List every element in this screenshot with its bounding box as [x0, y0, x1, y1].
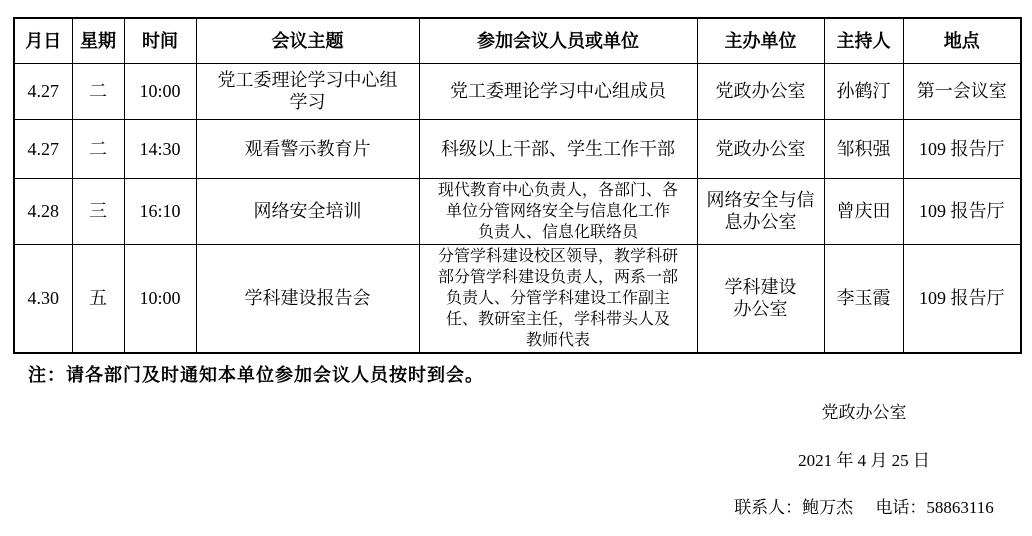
cell-date: 4.27	[14, 119, 72, 178]
cell-date: 4.28	[14, 178, 72, 244]
cell-date: 4.30	[14, 244, 72, 353]
column-header-time: 时间	[124, 18, 196, 63]
contact-phone: 电话：58863116	[875, 498, 993, 517]
cell-weekday: 五	[72, 244, 124, 353]
cell-host: 孙鹤汀	[824, 63, 903, 119]
signature-contact-line: 联系人：鲍万杰 电话：58863116	[730, 493, 998, 518]
cell-host: 邹积强	[824, 119, 903, 178]
cell-weekday: 三	[72, 178, 124, 244]
column-header-date: 月日	[14, 18, 72, 63]
column-header-participants: 参加会议人员或单位	[419, 18, 697, 63]
cell-time: 16:10	[124, 178, 196, 244]
column-header-location: 地点	[903, 18, 1021, 63]
cell-weekday: 二	[72, 119, 124, 178]
cell-host: 李玉霞	[824, 244, 903, 353]
cell-topic: 观看警示教育片	[196, 119, 419, 178]
table-row: 4.27 二 14:30 观看警示教育片 科级以上干部、学生工作干部 党政办公室…	[14, 119, 1021, 178]
cell-participants: 科级以上干部、学生工作干部	[419, 119, 697, 178]
cell-participants: 党工委理论学习中心组成员	[419, 63, 697, 119]
column-header-topic: 会议主题	[196, 18, 419, 63]
cell-organizer: 学科建设 办公室	[697, 244, 824, 353]
cell-participants: 现代教育中心负责人，各部门、各 单位分管网络安全与信息化工作 负责人、信息化联络…	[419, 178, 697, 244]
signature-organization: 党政办公室	[730, 398, 998, 423]
cell-location: 第一会议室	[903, 63, 1021, 119]
table-row: 4.27 二 10:00 党工委理论学习中心组 学习 党工委理论学习中心组成员 …	[14, 63, 1021, 119]
cell-host: 曾庆田	[824, 178, 903, 244]
column-header-organizer: 主办单位	[697, 18, 824, 63]
meeting-notice-page: 月日 星期 时间 会议主题 参加会议人员或单位 主办单位 主持人 地点 4.27…	[0, 0, 1032, 536]
note-text: 注：请各部门及时通知本单位参加会议人员按时到会。	[28, 361, 484, 387]
signature-date: 2021 年 4 月 25 日	[730, 446, 998, 471]
cell-topic: 学科建设报告会	[196, 244, 419, 353]
cell-location: 109 报告厅	[903, 119, 1021, 178]
cell-organizer: 党政办公室	[697, 63, 824, 119]
cell-location: 109 报告厅	[903, 244, 1021, 353]
cell-time: 10:00	[124, 244, 196, 353]
table-header-row: 月日 星期 时间 会议主题 参加会议人员或单位 主办单位 主持人 地点	[14, 18, 1021, 63]
column-header-host: 主持人	[824, 18, 903, 63]
cell-time: 14:30	[124, 119, 196, 178]
cell-date: 4.27	[14, 63, 72, 119]
cell-organizer: 网络安全与信 息办公室	[697, 178, 824, 244]
contact-person: 联系人：鲍万杰	[734, 498, 853, 517]
cell-location: 109 报告厅	[903, 178, 1021, 244]
cell-participants: 分管学科建设校区领导，教学科研 部分管学科建设负责人，两系一部 负责人、分管学科…	[419, 244, 697, 353]
column-header-weekday: 星期	[72, 18, 124, 63]
meeting-schedule-table: 月日 星期 时间 会议主题 参加会议人员或单位 主办单位 主持人 地点 4.27…	[13, 17, 1022, 354]
table-row: 4.28 三 16:10 网络安全培训 现代教育中心负责人，各部门、各 单位分管…	[14, 178, 1021, 244]
cell-time: 10:00	[124, 63, 196, 119]
table-row: 4.30 五 10:00 学科建设报告会 分管学科建设校区领导，教学科研 部分管…	[14, 244, 1021, 353]
cell-weekday: 二	[72, 63, 124, 119]
cell-organizer: 党政办公室	[697, 119, 824, 178]
cell-topic: 党工委理论学习中心组 学习	[196, 63, 419, 119]
cell-topic: 网络安全培训	[196, 178, 419, 244]
